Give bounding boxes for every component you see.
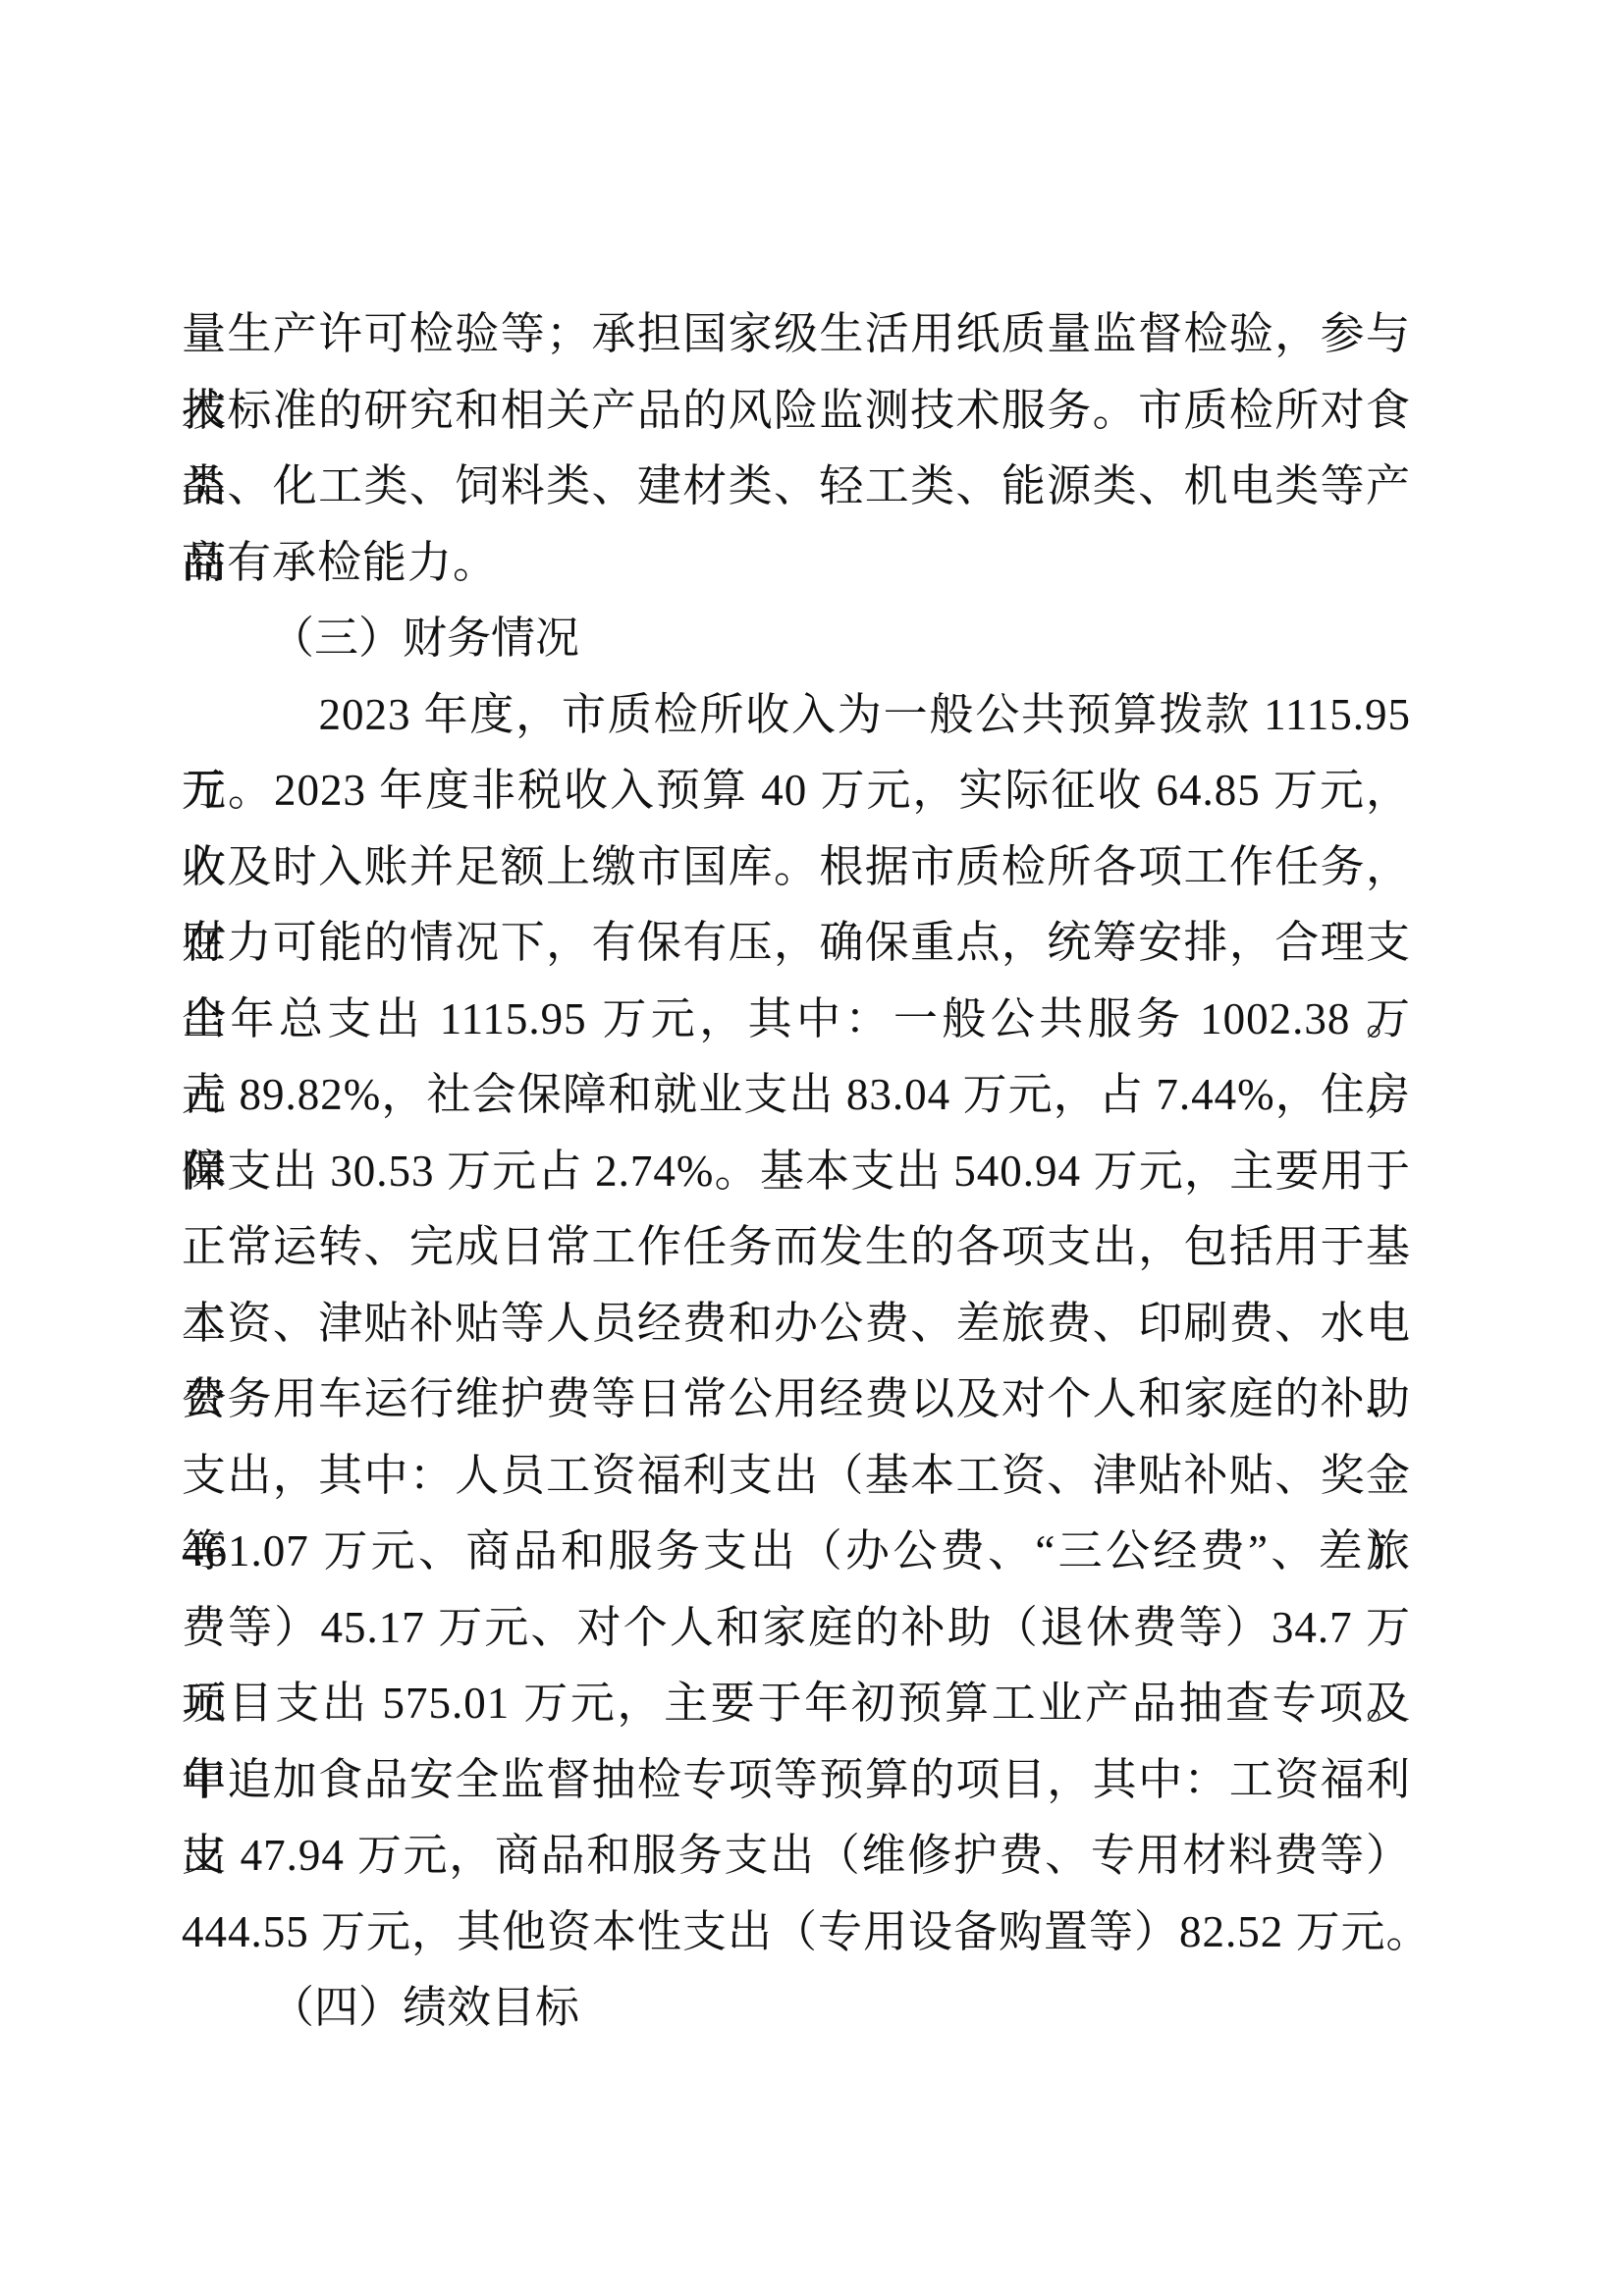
- text-line: 444.55 万元，其他资本性支出（专用设备购置等）82.52 万元。: [182, 1895, 1411, 1971]
- text-line: 正常运转、完成日常工作任务而发生的各项支出，包括用于基本: [182, 1209, 1411, 1286]
- text-line: 2023 年度，市质检所收入为一般公共预算拨款 1115.95 万: [182, 677, 1411, 754]
- text-line: 量生产许可检验等；承担国家级生活用纸质量监督检验，参与技: [182, 296, 1411, 373]
- text-line: 全年总支出 1115.95 万元，其中：一般公共服务 1002.38 万元，: [182, 982, 1411, 1058]
- text-line: 术标准的研究和相关产品的风险监测技术服务。市质检所对食品: [182, 373, 1411, 450]
- text-line: 支出，其中：人员工资福利支出（基本工资、津贴补贴、奖金等）: [182, 1438, 1411, 1515]
- section-heading-finance: （三）财务情况: [182, 601, 1411, 677]
- heading-line: （三）财务情况: [182, 601, 1411, 677]
- text-line: 461.07 万元、商品和服务支出（办公费、“三公经费”、差旅: [182, 1514, 1411, 1590]
- section-heading-performance-goals: （四）绩效目标: [182, 1970, 1411, 2047]
- text-line: 障支出 30.53 万元占 2.74%。基本支出 540.94 万元，主要用于: [182, 1134, 1411, 1210]
- text-line: 品有承检能力。: [182, 525, 1411, 602]
- text-line: 类、化工类、饲料类、建材类、轻工类、能源类、机电类等产商: [182, 449, 1411, 525]
- text-line: 出 47.94 万元，商品和服务支出（维修护费、专用材料费等）: [182, 1818, 1411, 1895]
- text-line: 元。2023 年度非税收入预算 40 万元，实际征收 64.85 万元，收: [182, 753, 1411, 829]
- document-page: 量生产许可检验等；承担国家级生活用纸质量监督检验，参与技 术标准的研究和相关产品…: [0, 0, 1624, 2296]
- text-line: 财力可能的情况下，有保有压，确保重点，统筹安排，合理支出。: [182, 905, 1411, 982]
- text-line: 公务用车运行维护费等日常公用经费以及对个人和家庭的补助: [182, 1362, 1411, 1438]
- text-line: 入及时入账并足额上缴市国库。根据市质检所各项工作任务，在: [182, 829, 1411, 906]
- paragraph-inspection-capability: 量生产许可检验等；承担国家级生活用纸质量监督检验，参与技 术标准的研究和相关产品…: [182, 296, 1411, 601]
- heading-line: （四）绩效目标: [182, 1970, 1411, 2047]
- text-line: 占 89.82%，社会保障和就业支出 83.04 万元，占 7.44%，住房保: [182, 1057, 1411, 1134]
- text-line: 费等）45.17 万元、对个人和家庭的补助（退休费等）34.7 万元。: [182, 1590, 1411, 1667]
- text-line: 中追加食品安全监督抽检专项等预算的项目，其中：工资福利支: [182, 1742, 1411, 1819]
- text-line: 工资、津贴补贴等人员经费和办公费、差旅费、印刷费、水电费、: [182, 1286, 1411, 1362]
- text-line: 项目支出 575.01 万元，主要于年初预算工业产品抽查专项及年: [182, 1666, 1411, 1742]
- paragraph-finance: 2023 年度，市质检所收入为一般公共预算拨款 1115.95 万 元。2023…: [182, 677, 1411, 1971]
- text-block: 量生产许可检验等；承担国家级生活用纸质量监督检验，参与技 术标准的研究和相关产品…: [182, 296, 1411, 2047]
